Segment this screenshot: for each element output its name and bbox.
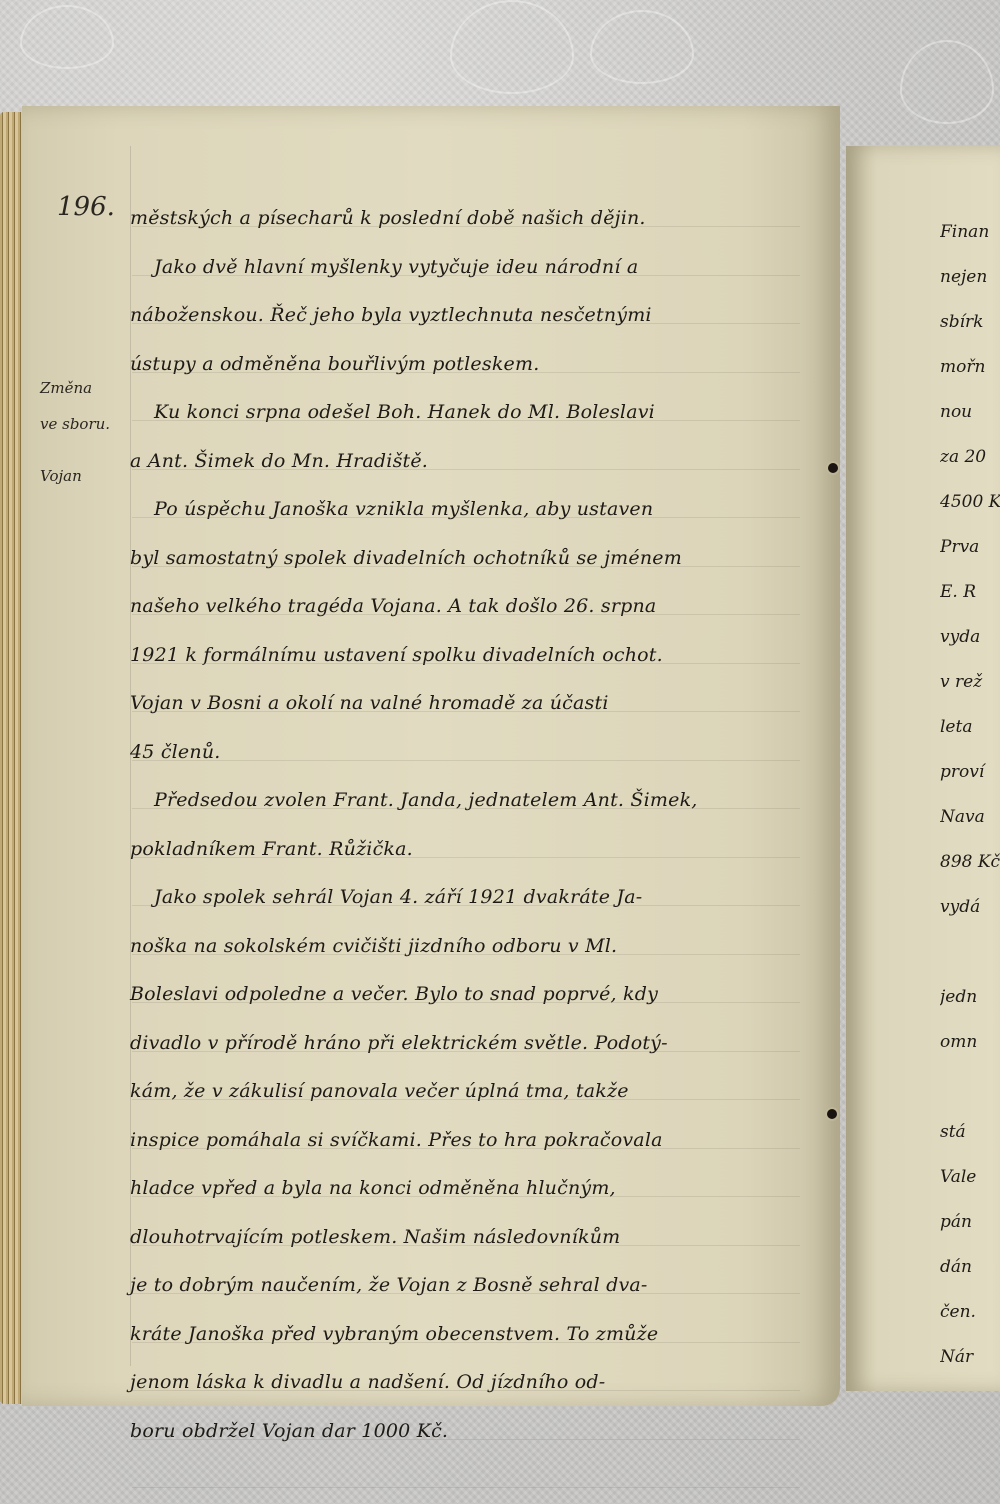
ruled-line bbox=[132, 1293, 800, 1294]
text-line: pán bbox=[940, 1200, 1000, 1245]
text-line: pokladníkem Frant. Růžička. bbox=[130, 825, 780, 874]
text-line: Jako dvě hlavní myšlenky vytyčuje ideu n… bbox=[130, 243, 780, 292]
text-line: Nava bbox=[940, 795, 1000, 840]
ruled-line bbox=[132, 420, 800, 421]
text-line: dán bbox=[940, 1245, 1000, 1290]
text-line: 1921 k formálnímu ustavení spolku divade… bbox=[130, 631, 780, 680]
text-line: vydá bbox=[940, 885, 1000, 930]
text-line: 4500 Kč bbox=[940, 480, 1000, 525]
text-line: čen. bbox=[940, 1290, 1000, 1335]
text-line: boru obdržel Vojan dar 1000 Kč. bbox=[130, 1407, 780, 1456]
text-line: stá bbox=[940, 1110, 1000, 1155]
ruled-line bbox=[132, 954, 800, 955]
text-line: sbírk bbox=[940, 300, 1000, 345]
ruled-line bbox=[132, 1099, 800, 1100]
text-line: noška na sokolském cvičišti jizdního odb… bbox=[130, 922, 780, 971]
text-line: Prva bbox=[940, 525, 1000, 570]
text-line: Vale bbox=[940, 1155, 1000, 1200]
text-line: Boleslavi odpoledne a večer. Bylo to sna… bbox=[130, 970, 780, 1019]
ruled-line bbox=[132, 469, 800, 470]
ruled-line bbox=[132, 857, 800, 858]
left-page: 196. Změna ve sboru. Vojan městských a p… bbox=[22, 106, 840, 1406]
ruled-line bbox=[132, 1148, 800, 1149]
ruled-line bbox=[132, 323, 800, 324]
text-line: našeho velkého tragéda Vojana. A tak doš… bbox=[130, 582, 780, 631]
text-line: Vojan v Bosni a okolí na valné hromadě z… bbox=[130, 679, 780, 728]
text-line: Nár bbox=[940, 1335, 1000, 1380]
text-line: E. R bbox=[940, 570, 1000, 615]
handwritten-text-block: městských a písecharů k poslední době na… bbox=[130, 194, 780, 1455]
ruled-line bbox=[132, 1342, 800, 1343]
punch-hole bbox=[827, 1109, 837, 1119]
text-line: divadlo v přírodě hráno při elektrickém … bbox=[130, 1019, 780, 1068]
text-line: Po úspěchu Janoška vznikla myšlenka, aby… bbox=[130, 485, 780, 534]
page-number: 196. bbox=[57, 192, 115, 222]
text-line: je to dobrým naučením, že Vojan z Bosně … bbox=[130, 1261, 780, 1310]
ruled-line bbox=[132, 905, 800, 906]
ruled-line bbox=[132, 1002, 800, 1003]
margin-note-zmena-ve-sboru: Změna ve sboru. bbox=[40, 370, 130, 442]
text-line: Finan bbox=[940, 210, 1000, 255]
damask-motif bbox=[900, 40, 994, 124]
text-line: ústupy a odměněna bouřlivým potleskem. bbox=[130, 340, 780, 389]
ruled-line bbox=[132, 566, 800, 567]
text-line: byl samostatný spolek divadelních ochotn… bbox=[130, 534, 780, 583]
text-line: náboženskou. Řeč jeho byla vyztlechnuta … bbox=[130, 291, 780, 340]
text-line: v rež bbox=[940, 660, 1000, 705]
text-line: vyda bbox=[940, 615, 1000, 660]
punch-hole bbox=[828, 463, 838, 473]
text-line: omn bbox=[940, 1020, 1000, 1065]
ruled-line bbox=[132, 372, 800, 373]
text-line: proví bbox=[940, 750, 1000, 795]
text-line: kám, že v zákulisí panovala večer úplná … bbox=[130, 1067, 780, 1116]
damask-motif bbox=[20, 5, 114, 69]
text-line: 898 Kč bbox=[940, 840, 1000, 885]
text-line: dlouhotrvajícím potleskem. Našim následo… bbox=[130, 1213, 780, 1262]
text-line: 45 členů. bbox=[130, 728, 780, 777]
margin-note-line: Vojan bbox=[40, 458, 130, 494]
right-page-fragment: Finan nejen sbírk mořn nou za 20 4500 Kč… bbox=[846, 146, 1000, 1391]
text-line: hladce vpřed a byla na konci odměněna hl… bbox=[130, 1164, 780, 1213]
text-line: jenom láska k divadlu a nadšení. Od jízd… bbox=[130, 1358, 780, 1407]
ruled-line bbox=[132, 711, 800, 712]
ruled-line bbox=[132, 1051, 800, 1052]
text-line: inspice pomáhala si svíčkami. Přes to hr… bbox=[130, 1116, 780, 1165]
ruled-line bbox=[132, 760, 800, 761]
ruled-line bbox=[132, 614, 800, 615]
ruled-line bbox=[132, 1439, 800, 1440]
ruled-line bbox=[132, 1245, 800, 1246]
ruled-line bbox=[132, 1487, 800, 1488]
text-line: Jako spolek sehrál Vojan 4. září 1921 dv… bbox=[130, 873, 780, 922]
right-page-text: Finan nejen sbírk mořn nou za 20 4500 Kč… bbox=[940, 210, 1000, 1380]
ruled-line bbox=[132, 1390, 800, 1391]
text-line: městských a písecharů k poslední době na… bbox=[130, 194, 780, 243]
text-line: za 20 bbox=[940, 435, 1000, 480]
text-line: nou bbox=[940, 390, 1000, 435]
text-line: Ku konci srpna odešel Boh. Hanek do Ml. … bbox=[130, 388, 780, 437]
ruled-line bbox=[132, 663, 800, 664]
margin-note-vojan: Vojan bbox=[40, 458, 130, 494]
ruled-line bbox=[132, 226, 800, 227]
damask-motif bbox=[450, 0, 574, 94]
text-line: jedn bbox=[940, 975, 1000, 1020]
text-line: kráte Janoška před vybraným obecenstvem.… bbox=[130, 1310, 780, 1359]
text-line: mořn bbox=[940, 345, 1000, 390]
ruled-line bbox=[132, 1196, 800, 1197]
margin-note-line: Změna bbox=[40, 370, 130, 406]
text-line bbox=[940, 1065, 1000, 1110]
text-line: nejen bbox=[940, 255, 1000, 300]
text-line: a Ant. Šimek do Mn. Hradiště. bbox=[130, 437, 780, 486]
margin-note-line: ve sboru. bbox=[40, 406, 130, 442]
ruled-line bbox=[132, 808, 800, 809]
damask-motif bbox=[590, 10, 694, 84]
text-line bbox=[940, 930, 1000, 975]
ruled-line bbox=[132, 275, 800, 276]
ruled-line bbox=[132, 517, 800, 518]
text-line: leta bbox=[940, 705, 1000, 750]
text-line: Předsedou zvolen Frant. Janda, jednatele… bbox=[130, 776, 780, 825]
